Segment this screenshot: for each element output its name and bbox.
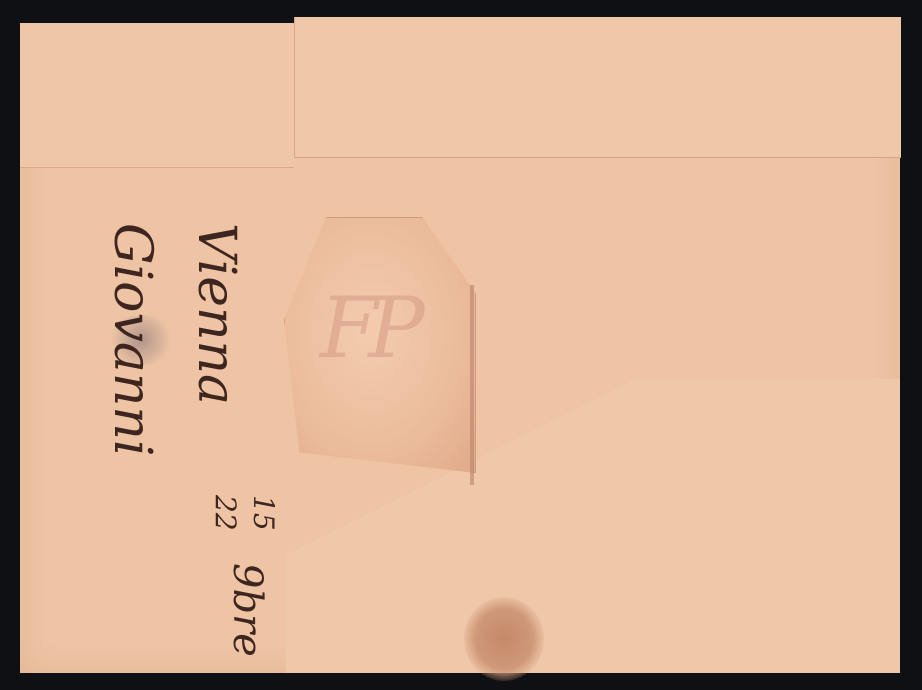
seal-monogram: FP [320, 279, 415, 377]
docket-date-bottom: 22 [209, 495, 242, 531]
docket-date-top: 15 [247, 495, 280, 531]
docket-date-month: 9bre [224, 563, 270, 657]
stain-mark [464, 597, 544, 681]
letter-sheet: FP Vienna Giovanni 15 22 9bre [20, 17, 904, 673]
seal-fold-edge [470, 285, 474, 485]
docket-line-giovanni: Giovanni [102, 223, 162, 456]
docket-line-vienna: Vienna [186, 223, 246, 405]
top-right-flap [294, 17, 901, 158]
top-left-flap [20, 23, 294, 168]
